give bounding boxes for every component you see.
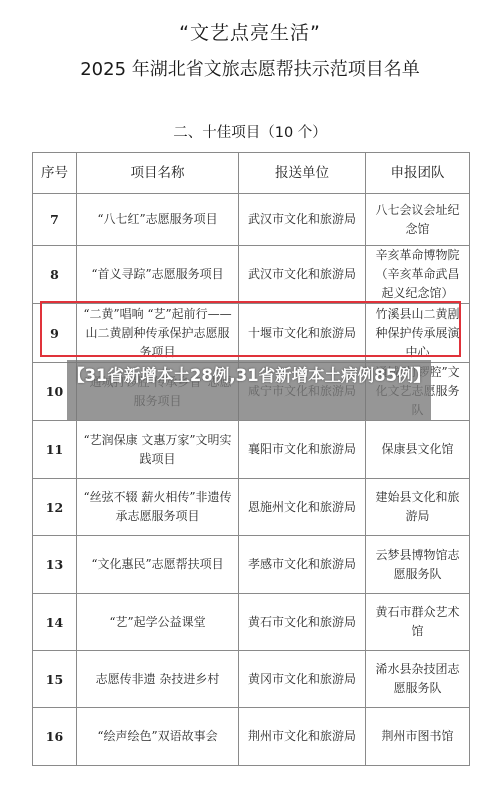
table-row: 8 “首义寻踪”志愿服务项目 武汉市文化和旅游局 辛亥革命博物院（辛亥革命武昌起… [33, 246, 470, 304]
cell-no: 15 [33, 651, 77, 708]
cell-project: “绘声绘色”双语故事会 [77, 708, 239, 766]
cell-unit: 恩施州文化和旅游局 [239, 479, 366, 536]
cell-no: 7 [33, 194, 77, 246]
cell-team: 建始县文化和旅游局 [366, 479, 470, 536]
cell-unit: 十堰市文化和旅游局 [239, 304, 366, 363]
cell-team: 辛亥革命博物院（辛亥革命武昌起义纪念馆） [366, 246, 470, 304]
cell-team: 竹溪县山二黄剧种保护传承展演中心 [366, 304, 470, 363]
cell-team: 浠水县杂技团志愿服务队 [366, 651, 470, 708]
cell-no: 13 [33, 536, 77, 594]
table-row: 11 “艺润保康 文惠万家”文明实践项目 襄阳市文化和旅游局 保康县文化馆 [33, 421, 470, 479]
cell-project: “二黄”唱响 “艺”起前行——山二黄剧种传承保护志愿服务项目 [77, 304, 239, 363]
table-header-row: 序号 项目名称 报送单位 申报团队 [33, 153, 470, 194]
cell-unit: 黄冈市文化和旅游局 [239, 651, 366, 708]
document-title: “文艺点亮生活” [0, 18, 500, 45]
cell-team: 荆州市图书馆 [366, 708, 470, 766]
cell-no: 16 [33, 708, 77, 766]
cell-no: 9 [33, 304, 77, 363]
header-unit: 报送单位 [239, 153, 366, 194]
cell-team: 八七会议会址纪念馆 [366, 194, 470, 246]
cell-unit: 荆州市文化和旅游局 [239, 708, 366, 766]
cell-team: 云梦县博物馆志愿服务队 [366, 536, 470, 594]
cell-unit: 武汉市文化和旅游局 [239, 246, 366, 304]
table-row: 7 “八七红”志愿服务项目 武汉市文化和旅游局 八七会议会址纪念馆 [33, 194, 470, 246]
table-row-highlighted: 9 “二黄”唱响 “艺”起前行——山二黄剧种传承保护志愿服务项目 十堰市文化和旅… [33, 304, 470, 363]
table-row: 12 “丝弦不辍 薪火相传”非遗传承志愿服务项目 恩施州文化和旅游局 建始县文化… [33, 479, 470, 536]
cell-project: “文化惠民”志愿帮扶项目 [77, 536, 239, 594]
cell-team: 黄石市群众艺术馆 [366, 594, 470, 651]
cell-project: “八七红”志愿服务项目 [77, 194, 239, 246]
cell-no: 12 [33, 479, 77, 536]
cell-no: 11 [33, 421, 77, 479]
header-team: 申报团队 [366, 153, 470, 194]
cell-unit: 孝感市文化和旅游局 [239, 536, 366, 594]
table-row: 14 “艺”起学公益课堂 黄石市文化和旅游局 黄石市群众艺术馆 [33, 594, 470, 651]
cell-unit: 武汉市文化和旅游局 [239, 194, 366, 246]
cell-unit: 黄石市文化和旅游局 [239, 594, 366, 651]
document-subtitle: 2025 年湖北省文旅志愿帮扶示范项目名单 [0, 55, 500, 81]
cell-no: 8 [33, 246, 77, 304]
cell-unit: 襄阳市文化和旅游局 [239, 421, 366, 479]
cell-project: “艺润保康 文惠万家”文明实践项目 [77, 421, 239, 479]
section-heading: 二、十佳项目（10 个） [0, 121, 500, 142]
cell-project: “艺”起学公益课堂 [77, 594, 239, 651]
cell-project: “丝弦不辍 薪火相传”非遗传承志愿服务项目 [77, 479, 239, 536]
table-row: 13 “文化惠民”志愿帮扶项目 孝感市文化和旅游局 云梦县博物馆志愿服务队 [33, 536, 470, 594]
cell-team: 保康县文化馆 [366, 421, 470, 479]
cell-project: “首义寻踪”志愿服务项目 [77, 246, 239, 304]
header-project: 项目名称 [77, 153, 239, 194]
cell-no: 14 [33, 594, 77, 651]
table-row: 16 “绘声绘色”双语故事会 荆州市文化和旅游局 荆州市图书馆 [33, 708, 470, 766]
table-row: 15 志愿传非遗 杂技进乡村 黄冈市文化和旅游局 浠水县杂技团志愿服务队 [33, 651, 470, 708]
headline-overlay-text[interactable]: 【31省新增本土28例,31省新增本土病例85例】 [67, 363, 431, 388]
cell-project: 志愿传非遗 杂技进乡村 [77, 651, 239, 708]
header-no: 序号 [33, 153, 77, 194]
project-table: 序号 项目名称 报送单位 申报团队 7 “八七红”志愿服务项目 武汉市文化和旅游… [32, 152, 470, 766]
